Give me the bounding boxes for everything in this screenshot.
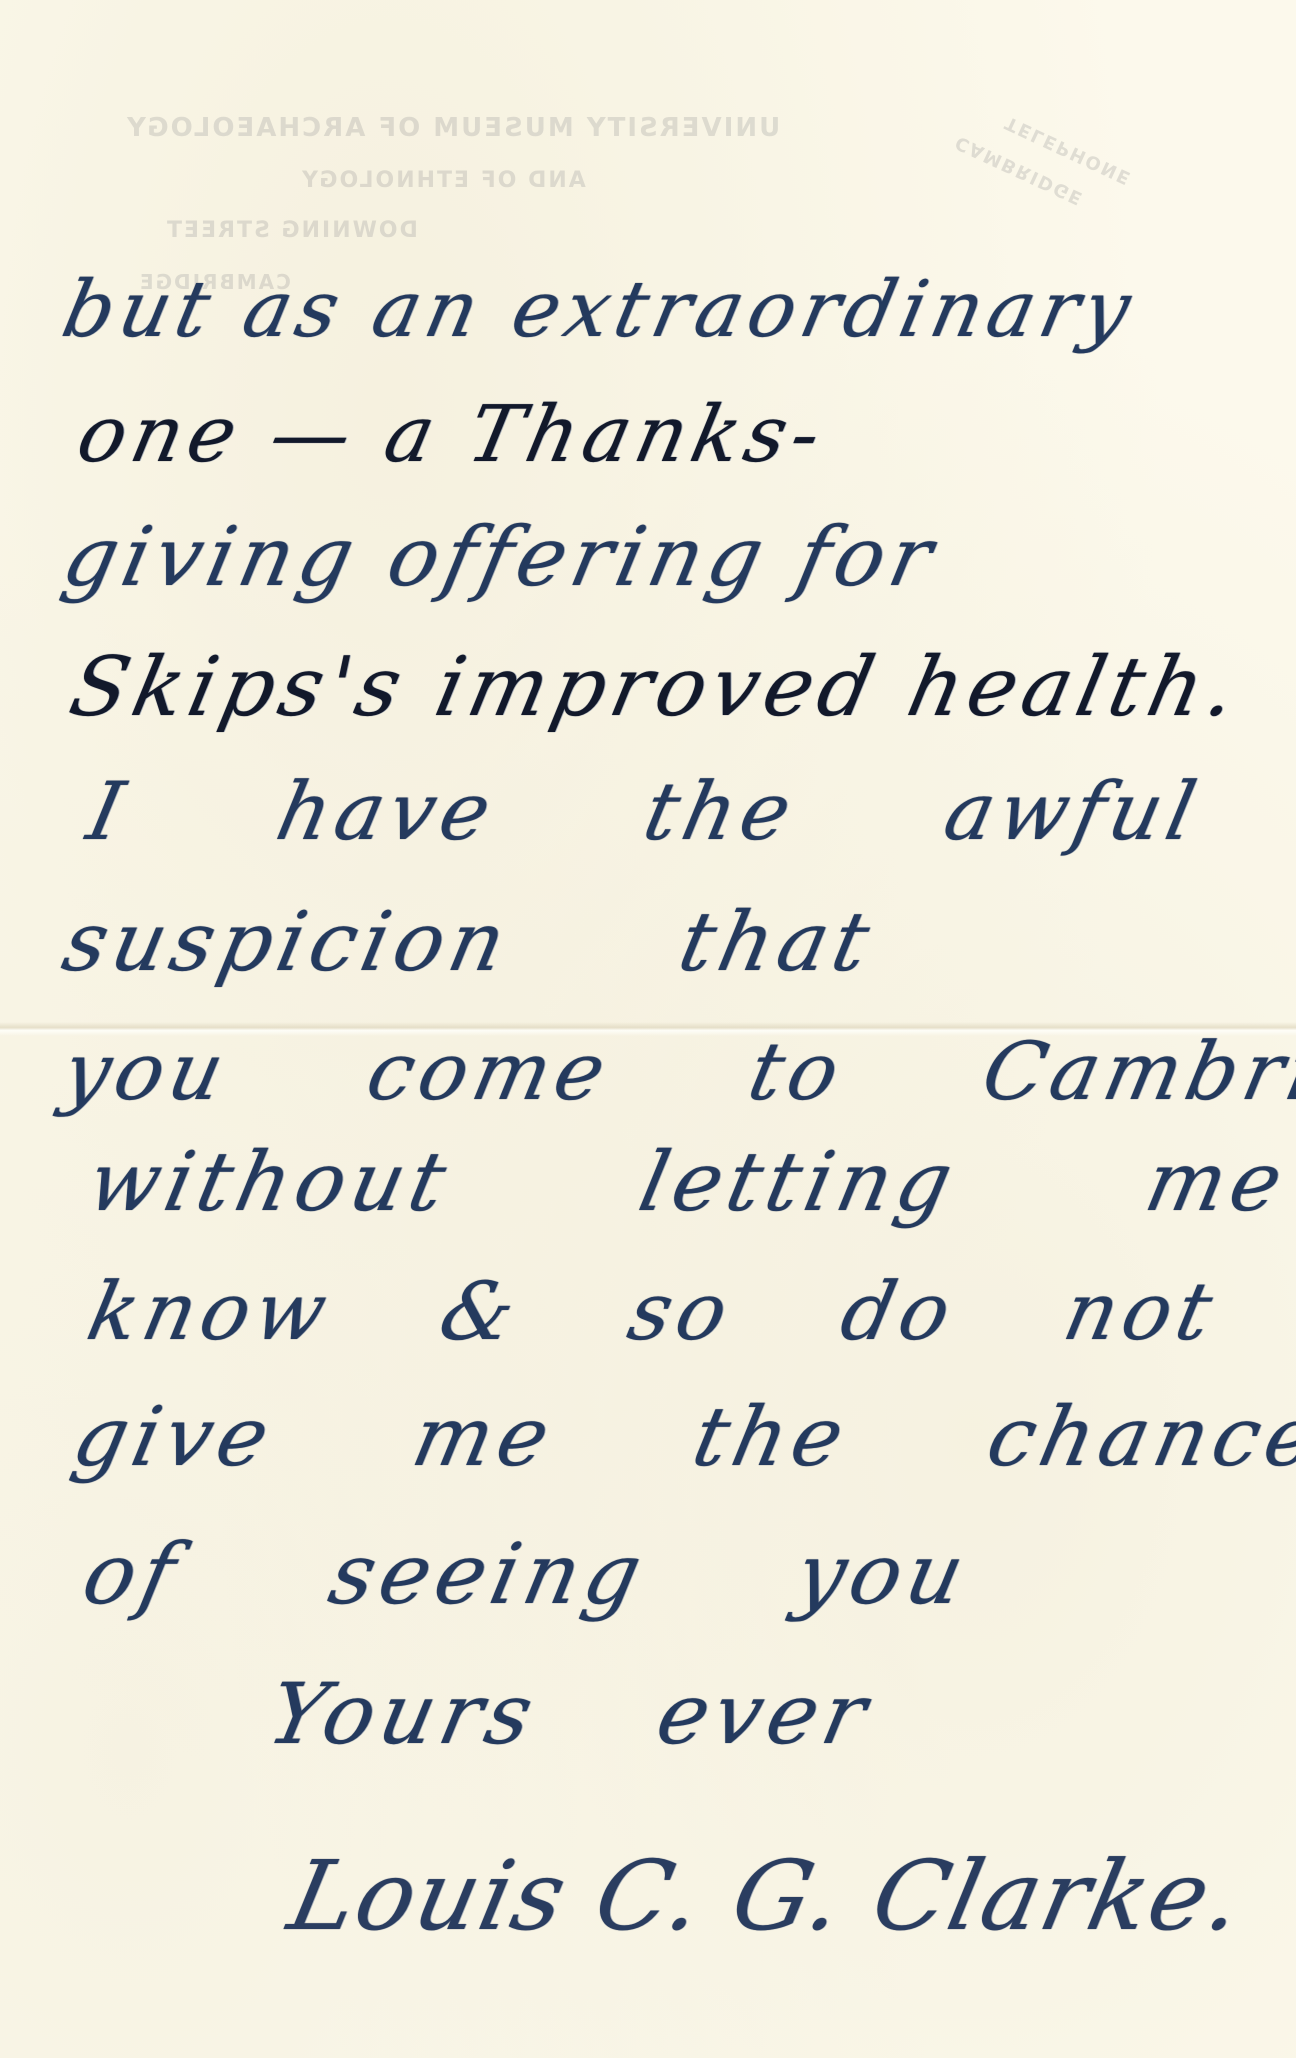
letter-line: suspicion that xyxy=(55,895,883,990)
letter-closing: Yours ever xyxy=(260,1665,881,1763)
signature: Louis C. G. Clarke. xyxy=(280,1840,1254,1952)
letter-line: I have the awful xyxy=(80,765,1209,858)
letter-line: know & so do not xyxy=(80,1265,1226,1358)
letter-line: Skips's improved health. xyxy=(62,640,1250,735)
letter-line: of seeing you xyxy=(75,1525,978,1623)
letter-page: UNIVERSITY MUSEUM OF ARCHAEOLOGY AND OF … xyxy=(0,0,1296,2058)
letter-line: you come to Cambridge xyxy=(55,1025,1304,1118)
letterhead-showthrough-line: UNIVERSITY MUSEUM OF ARCHAEOLOGY xyxy=(125,113,780,143)
letter-line: give me the chance xyxy=(65,1390,1304,1485)
letter-line: but as an extraordinary xyxy=(55,265,1144,355)
scan-margin-right xyxy=(1296,0,1304,2067)
letter-line: giving offering for xyxy=(55,510,946,605)
letter-line: without letting me xyxy=(80,1135,1296,1230)
letter-line: one — a Thanks- xyxy=(70,390,834,480)
letterhead-showthrough-line: DOWNING STREET xyxy=(165,218,418,243)
scan-margin-bottom xyxy=(0,2058,1304,2067)
letterhead-showthrough-line: AND OF ETHNOLOGY xyxy=(300,168,586,193)
